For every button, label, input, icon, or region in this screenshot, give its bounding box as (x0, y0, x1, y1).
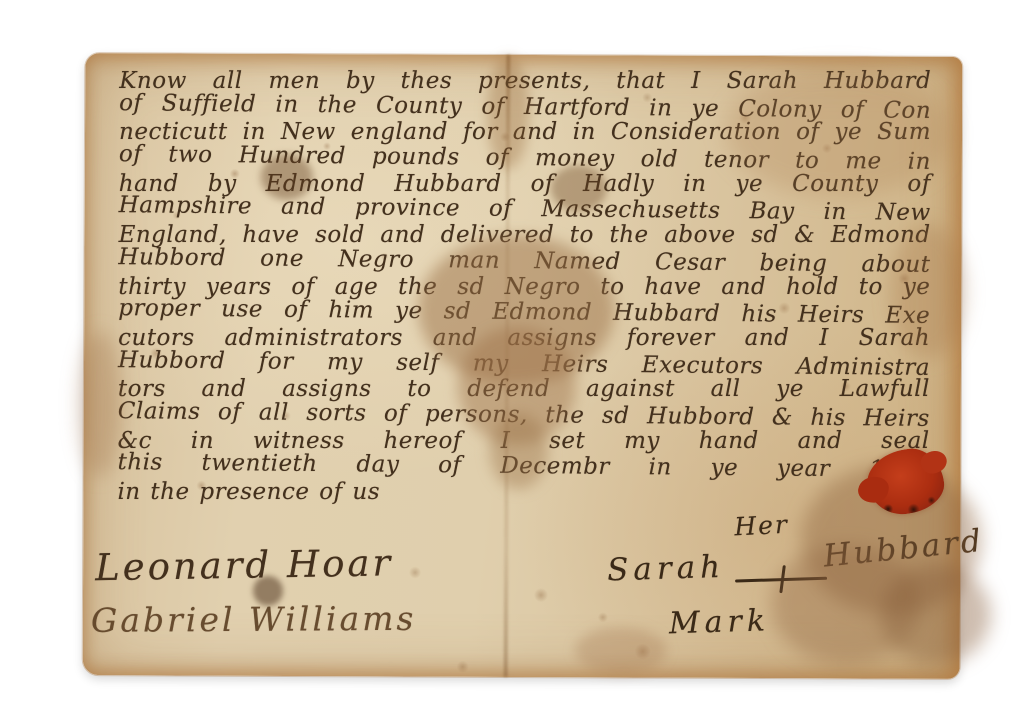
witness-signature-leonard-hoar: Leonard Hoar (95, 541, 394, 589)
stain-blob (881, 565, 991, 665)
stain-blob (78, 331, 123, 477)
signature-word-her: Her (734, 510, 790, 542)
her-mark-cross-icon (735, 561, 827, 595)
signature-first-name-sarah: Sarah (607, 549, 726, 589)
signature-word-mark: Mark (668, 603, 770, 641)
left-edge-stain (78, 331, 123, 477)
manuscript-line-presence-of-us: in the presence of us (117, 480, 929, 506)
photograph-background: Know all men by thes presents, that I Sa… (0, 0, 1024, 727)
manuscript-paper: Know all men by thes presents, that I Sa… (83, 53, 963, 679)
manuscript-body-text: Know all men by thes presents, that I Sa… (117, 67, 931, 507)
witness-signature-gabriel-williams: Gabriel Williams (91, 599, 417, 640)
bottom-center-stain (575, 627, 667, 673)
signature-surname-hubbard: Hubbard (822, 523, 986, 575)
